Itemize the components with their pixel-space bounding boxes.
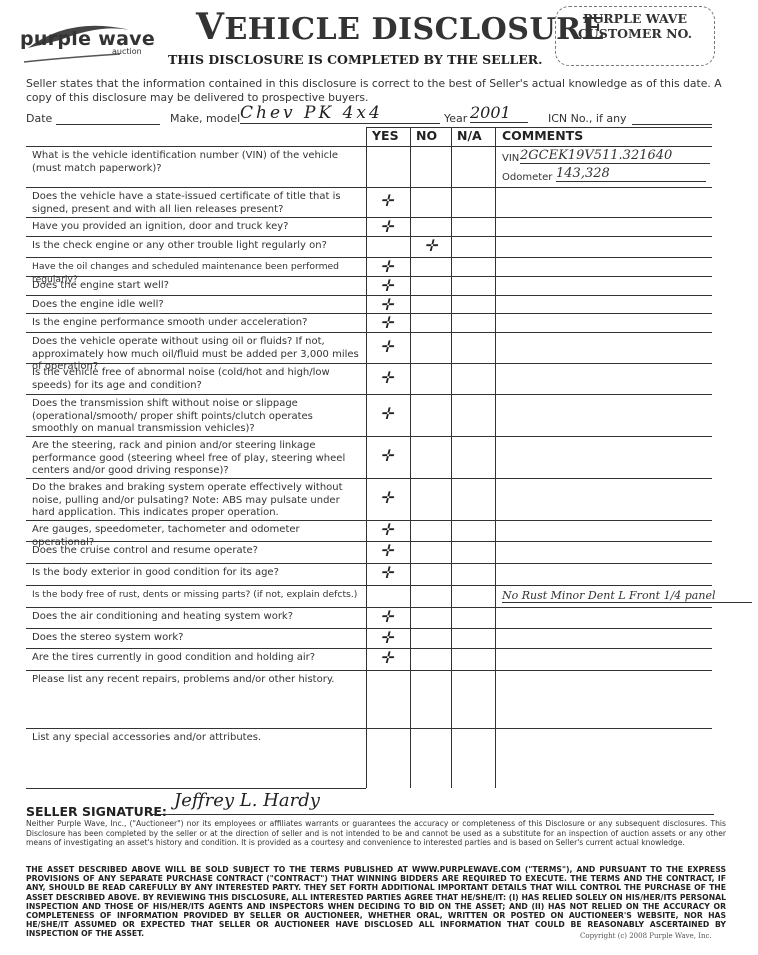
column-header-na: N/A: [457, 128, 482, 143]
question-text: Does the cruise control and resume opera…: [32, 545, 362, 558]
answer-cell-no[interactable]: [411, 333, 450, 362]
question-text: Does the air conditioning and heating sy…: [32, 611, 362, 624]
icn-field[interactable]: [632, 112, 712, 125]
answer-cell-na[interactable]: [452, 649, 494, 669]
icn-label: ICN No., if any: [548, 112, 627, 125]
check-mark-yes: ✛: [380, 628, 393, 647]
answer-cell-na[interactable]: [452, 629, 494, 647]
vin-label: VIN: [502, 153, 519, 164]
answer-cell-na[interactable]: [452, 218, 494, 235]
answer-cell-yes[interactable]: [367, 237, 409, 256]
answer-cell-na[interactable]: [452, 237, 494, 256]
column-header-comments: COMMENTS: [502, 128, 583, 143]
comment-field[interactable]: No Rust Minor Dent L Front 1/4 panel: [502, 589, 752, 603]
answer-cell-na[interactable]: [452, 333, 494, 362]
check-mark-yes: ✛: [380, 337, 393, 356]
question-text: Is the body exterior in good condition f…: [32, 567, 362, 580]
answer-cell-na[interactable]: [452, 479, 494, 519]
odometer-label: Odometer: [502, 172, 552, 183]
answer-cell-no[interactable]: [411, 364, 450, 393]
seller-signature-label: SELLER SIGNATURE:: [26, 804, 167, 819]
answer-cell-na[interactable]: [452, 147, 494, 186]
answer-cell-na: [452, 671, 494, 727]
answer-cell-no[interactable]: [411, 314, 450, 331]
answer-cell-no[interactable]: [411, 521, 450, 540]
answer-cell-na[interactable]: [452, 296, 494, 312]
question-text: Is the vehicle free of abnormal noise (c…: [32, 367, 362, 392]
answer-cell-na[interactable]: [452, 542, 494, 562]
answer-cell-na[interactable]: [452, 437, 494, 477]
question-text: Does the stereo system work?: [32, 632, 362, 645]
table-column-rule: [495, 127, 496, 788]
answer-cell-na[interactable]: [452, 586, 494, 606]
answer-cell-no[interactable]: [411, 277, 450, 294]
question-text: Is the body free of rust, dents or missi…: [32, 589, 362, 602]
page-subtitle: THIS DISCLOSURE IS COMPLETED BY THE SELL…: [168, 52, 543, 67]
answer-cell-no[interactable]: [411, 629, 450, 647]
check-mark-yes: ✛: [380, 295, 393, 314]
answer-cell-no[interactable]: [411, 147, 450, 186]
check-mark-yes: ✛: [380, 368, 393, 387]
check-mark-yes: ✛: [380, 276, 393, 295]
page-title: VEHICLE DISCLOSURE: [196, 6, 605, 48]
answer-cell-no: [411, 671, 450, 727]
answer-cell-no[interactable]: [411, 564, 450, 584]
question-text: List any special accessories and/or attr…: [32, 732, 362, 745]
answer-cell-no: [411, 729, 450, 787]
check-mark-yes: ✛: [380, 446, 393, 465]
question-text: Are the tires currently in good conditio…: [32, 652, 362, 665]
check-mark-yes: ✛: [380, 648, 393, 667]
check-mark-yes: ✛: [380, 488, 393, 507]
column-header-yes: YES: [372, 128, 399, 143]
answer-cell-na[interactable]: [452, 277, 494, 294]
vin-field[interactable]: 2GCEK19V511.321640: [520, 148, 710, 164]
answer-cell-yes: [367, 729, 409, 787]
check-mark-yes: ✛: [380, 541, 393, 560]
answer-cell-no[interactable]: [411, 437, 450, 477]
customer-label-line2: CUSTOMER NO.: [555, 26, 715, 41]
answer-cell-no[interactable]: [411, 395, 450, 435]
title-initial: V: [196, 6, 224, 48]
question-text: Please list any recent repairs, problems…: [32, 674, 362, 687]
question-text: Have you provided an ignition, door and …: [32, 221, 362, 234]
customer-label-line1: PURPLE WAVE: [555, 11, 715, 26]
make-model-field[interactable]: Chev PK 4x4: [240, 103, 440, 124]
answer-cell-na[interactable]: [452, 395, 494, 435]
title-rest: EHICLE DISCLOSURE: [224, 12, 604, 47]
answer-cell-na[interactable]: [452, 364, 494, 393]
question-text: Do the brakes and braking system operate…: [32, 482, 362, 520]
disclaimer-text: Neither Purple Wave, Inc., ("Auctioneer"…: [26, 819, 726, 848]
date-field-label: Date: [26, 112, 52, 125]
odometer-field[interactable]: 143,328: [556, 166, 706, 182]
answer-cell-yes[interactable]: [367, 586, 409, 606]
answer-cell-no[interactable]: [411, 218, 450, 235]
table-rule: [26, 788, 366, 789]
question-text: Is the check engine or any other trouble…: [32, 240, 362, 253]
answer-cell-no[interactable]: [411, 586, 450, 606]
question-text: Is the engine performance smooth under a…: [32, 317, 362, 330]
answer-cell-na[interactable]: [452, 521, 494, 540]
intro-statement: Seller states that the information conta…: [26, 77, 746, 104]
customer-number-label: PURPLE WAVE CUSTOMER NO.: [555, 11, 715, 41]
answer-cell-na[interactable]: [452, 188, 494, 216]
answer-cell-no[interactable]: [411, 542, 450, 562]
check-mark-yes: ✛: [380, 191, 393, 210]
copyright-text: Copyright (c) 2008 Purple Wave, Inc.: [580, 932, 712, 940]
question-text: Does the engine idle well?: [32, 299, 362, 312]
question-text: Does the vehicle have a state-issued cer…: [32, 191, 362, 216]
answer-cell-na[interactable]: [452, 258, 494, 275]
answer-cell-yes: [367, 671, 409, 727]
question-text: Does the transmission shift without nois…: [32, 398, 362, 436]
check-mark-yes: ✛: [380, 404, 393, 423]
check-mark-yes: ✛: [380, 563, 393, 582]
answer-cell-yes[interactable]: [367, 147, 409, 186]
logo-subtext: auction: [112, 47, 142, 56]
answer-cell-na[interactable]: [452, 608, 494, 627]
answer-cell-no[interactable]: [411, 258, 450, 275]
check-mark-yes: ✛: [380, 607, 393, 626]
check-mark-yes: ✛: [380, 520, 393, 539]
column-header-no: NO: [416, 128, 437, 143]
make-model-label: Make, model: [170, 112, 240, 125]
question-text: Does the engine start well?: [32, 280, 362, 293]
check-mark-no: ✛: [424, 236, 437, 255]
question-text: Are the steering, rack and pinion and/or…: [32, 440, 362, 478]
answer-cell-no[interactable]: [411, 296, 450, 312]
seller-signature-field[interactable]: Jeffrey L. Hardy: [150, 790, 714, 815]
answer-cell-na: [452, 729, 494, 787]
answer-cell-no[interactable]: [411, 608, 450, 627]
terms-text: THE ASSET DESCRIBED ABOVE WILL BE SOLD S…: [26, 865, 726, 939]
answer-cell-na[interactable]: [452, 314, 494, 331]
answer-cell-no[interactable]: [411, 649, 450, 669]
answer-cell-na[interactable]: [452, 564, 494, 584]
question-text: What is the vehicle identification numbe…: [32, 150, 362, 175]
year-label: Year: [444, 112, 467, 125]
check-mark-yes: ✛: [380, 257, 393, 276]
check-mark-yes: ✛: [380, 313, 393, 332]
year-field[interactable]: 2001: [470, 103, 528, 123]
date-field[interactable]: [56, 112, 160, 125]
answer-cell-no[interactable]: [411, 479, 450, 519]
answer-cell-no[interactable]: [411, 188, 450, 216]
check-mark-yes: ✛: [380, 217, 393, 236]
